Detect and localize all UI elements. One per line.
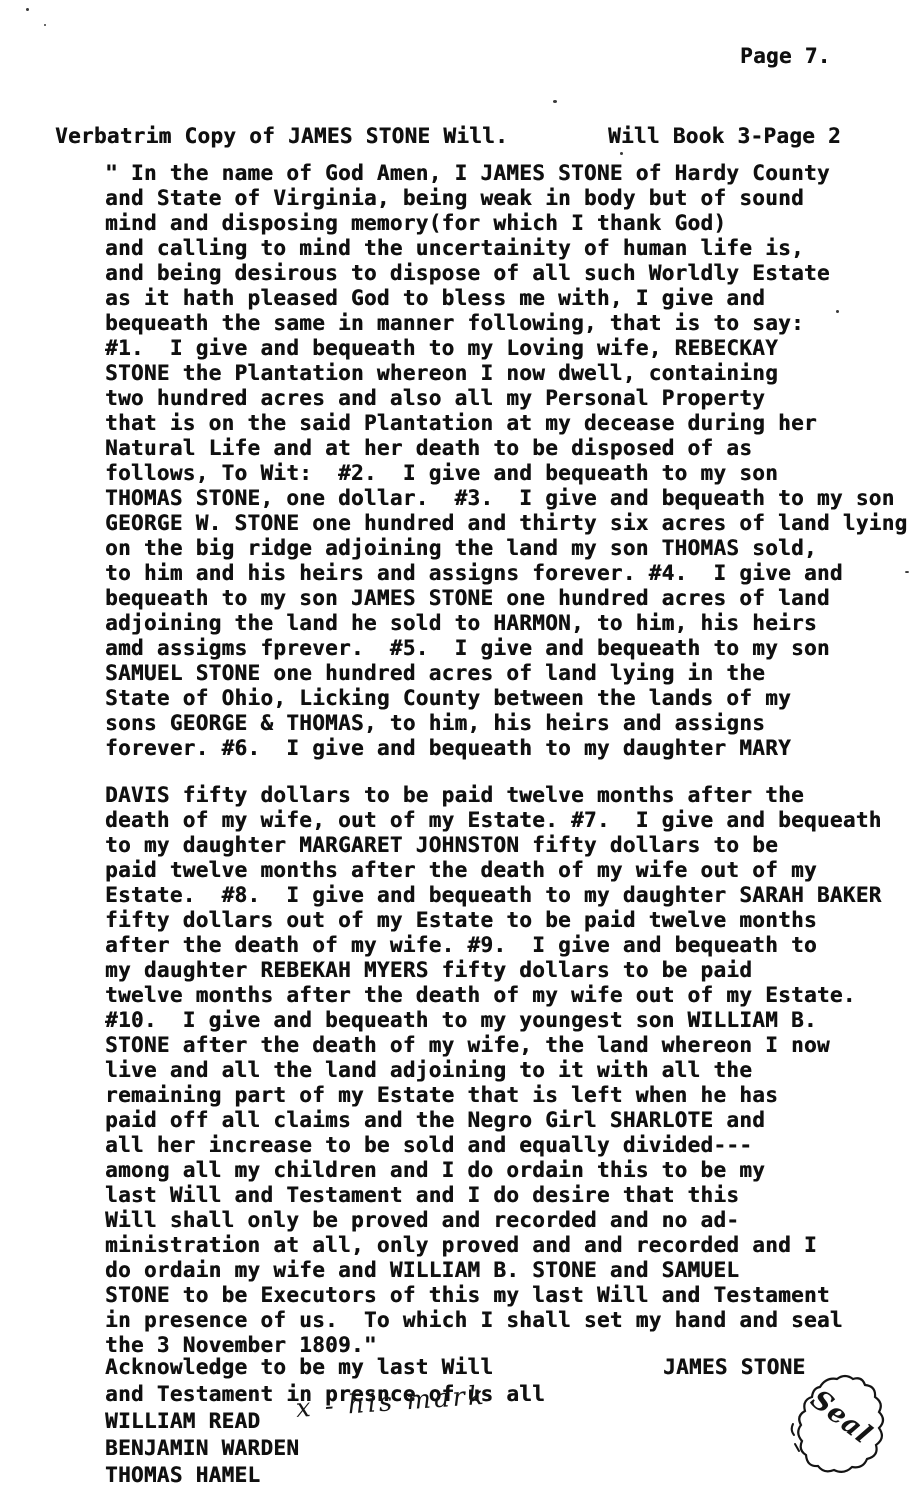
witness-name: BENJAMIN WARDEN xyxy=(105,1436,299,1461)
will-text-line: to my daughter MARGARET JOHNSTON fifty d… xyxy=(105,833,882,858)
will-text-line: last Will and Testament and I do desire … xyxy=(105,1183,882,1208)
acknowledgement-line-1: Acknowledge to be my last Will xyxy=(105,1355,493,1380)
will-text-line: bequeath the same in manner following, t… xyxy=(105,311,907,336)
will-text-line: among all my children and I do ordain th… xyxy=(105,1158,882,1183)
will-text-line: all her increase to be sold and equally … xyxy=(105,1133,882,1158)
will-text-line: #1. I give and bequeath to my Loving wif… xyxy=(105,336,907,361)
will-text-line: Natural Life and at her death to be disp… xyxy=(105,436,907,461)
will-body-paragraph-1: " In the name of God Amen, I JAMES STONE… xyxy=(105,161,907,761)
will-text-line: on the big ridge adjoining the land my s… xyxy=(105,536,907,561)
will-book-reference: Will Book 3-Page 2 xyxy=(608,124,841,149)
ink-speck xyxy=(620,152,623,155)
will-text-line: twelve months after the death of my wife… xyxy=(105,983,882,1008)
will-text-line: follows, To Wit: #2. I give and bequeath… xyxy=(105,461,907,486)
will-text-line: that is on the said Plantation at my dec… xyxy=(105,411,907,436)
will-text-line: STONE the Plantation whereon I now dwell… xyxy=(105,361,907,386)
ink-speck xyxy=(553,100,557,103)
will-text-line: death of my wife, out of my Estate. #7. … xyxy=(105,808,882,833)
ink-speck xyxy=(44,24,46,26)
will-text-line: paid off all claims and the Negro Girl S… xyxy=(105,1108,882,1133)
will-text-line: " In the name of God Amen, I JAMES STONE… xyxy=(105,161,907,186)
will-text-line: State of Ohio, Licking County between th… xyxy=(105,686,907,711)
will-text-line: paid twelve months after the death of my… xyxy=(105,858,882,883)
will-text-line: STONE to be Executors of this my last Wi… xyxy=(105,1283,882,1308)
seal-label: Seal xyxy=(805,1384,878,1451)
will-text-line: live and all the land adjoining to it wi… xyxy=(105,1058,882,1083)
will-text-line: do ordain my wife and WILLIAM B. STONE a… xyxy=(105,1258,882,1283)
will-text-line: two hundred acres and also all my Person… xyxy=(105,386,907,411)
will-text-line: amd assigms fprever. #5. I give and bequ… xyxy=(105,636,907,661)
will-text-line: sons GEORGE & THOMAS, to him, his heirs … xyxy=(105,711,907,736)
will-text-line: forever. #6. I give and bequeath to my d… xyxy=(105,736,907,761)
witness-name: WILLIAM READ xyxy=(105,1409,260,1434)
will-text-line: my daughter REBEKAH MYERS fifty dollars … xyxy=(105,958,882,983)
will-text-line: ministration at all, only proved and and… xyxy=(105,1233,882,1258)
will-text-line: fifty dollars out of my Estate to be pai… xyxy=(105,908,882,933)
will-text-line: after the death of my wife. #9. I give a… xyxy=(105,933,882,958)
will-text-line: adjoining the land he sold to HARMON, to… xyxy=(105,611,907,636)
will-text-line: Will shall only be proved and recorded a… xyxy=(105,1208,882,1233)
seal-drawing: Seal xyxy=(786,1370,890,1488)
will-text-line: Estate. #8. I give and bequeath to my da… xyxy=(105,883,882,908)
will-text-line: and State of Virginia, being weak in bod… xyxy=(105,186,907,211)
will-text-line: and being desirous to dispose of all suc… xyxy=(105,261,907,286)
will-text-line: mind and disposing memory(for which I th… xyxy=(105,211,907,236)
will-text-line: STONE after the death of my wife, the la… xyxy=(105,1033,882,1058)
will-body-paragraph-2: DAVIS fifty dollars to be paid twelve mo… xyxy=(105,783,882,1358)
witness-name: THOMAS HAMEL xyxy=(105,1463,260,1488)
will-text-line: GEORGE W. STONE one hundred and thirty s… xyxy=(105,511,907,536)
will-text-line: THOMAS STONE, one dollar. #3. I give and… xyxy=(105,486,907,511)
will-text-line: bequeath to my son JAMES STONE one hundr… xyxy=(105,586,907,611)
testator-signature: JAMES STONE xyxy=(663,1355,805,1380)
page-number: Page 7. xyxy=(740,44,831,69)
will-text-line: DAVIS fifty dollars to be paid twelve mo… xyxy=(105,783,882,808)
will-text-line: SAMUEL STONE one hundred acres of land l… xyxy=(105,661,907,686)
scanned-will-page: Page 7. Verbatrim Copy of JAMES STONE Wi… xyxy=(0,0,920,1504)
will-text-line: to him and his heirs and assigns forever… xyxy=(105,561,907,586)
will-text-line: in presence of us. To which I shall set … xyxy=(105,1308,882,1333)
seal-sketch-dash xyxy=(792,1424,794,1435)
will-text-line: and calling to mind the uncertainity of … xyxy=(105,236,907,261)
will-text-line: #10. I give and bequeath to my youngest … xyxy=(105,1008,882,1033)
document-title: Verbatrim Copy of JAMES STONE Will. xyxy=(55,124,508,149)
ink-speck xyxy=(26,8,29,11)
seal-sketch-dash xyxy=(795,1444,799,1451)
will-text-line: as it hath pleased God to bless me with,… xyxy=(105,286,907,311)
will-text-line: remaining part of my Estate that is left… xyxy=(105,1083,882,1108)
